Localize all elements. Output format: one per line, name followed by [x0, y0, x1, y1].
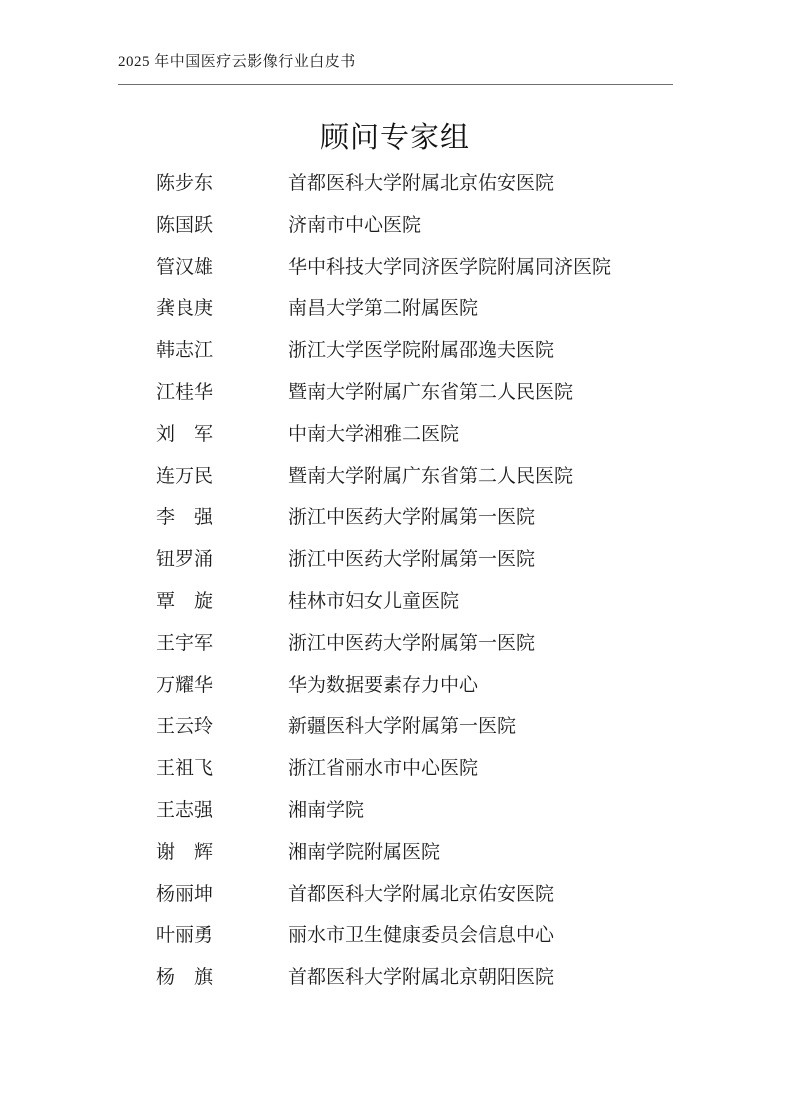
expert-name: 万耀华 [156, 665, 288, 707]
expert-row: 覃 旋 桂林市妇女儿童医院 [0, 581, 790, 623]
expert-row: 陈步东 首都医科大学附属北京佑安医院 [0, 163, 790, 205]
expert-row: 叶丽勇 丽水市卫生健康委员会信息中心 [0, 915, 790, 957]
expert-affiliation: 湘南学院 [288, 790, 364, 832]
expert-affiliation: 首都医科大学附属北京佑安医院 [288, 163, 554, 205]
page-title: 顾问专家组 [0, 118, 790, 158]
expert-name: 李 强 [156, 497, 288, 539]
expert-row: 管汉雄 华中科技大学同济医学院附属同济医院 [0, 247, 790, 289]
expert-affiliation: 湘南学院附属医院 [288, 832, 440, 874]
expert-affiliation: 华中科技大学同济医学院附属同济医院 [288, 247, 611, 289]
expert-name: 王宇军 [156, 623, 288, 665]
expert-affiliation: 浙江中医药大学附属第一医院 [288, 539, 535, 581]
expert-affiliation: 浙江中医药大学附属第一医院 [288, 623, 535, 665]
expert-name: 韩志江 [156, 330, 288, 372]
expert-affiliation: 新疆医科大学附属第一医院 [288, 706, 516, 748]
expert-name: 王志强 [156, 790, 288, 832]
expert-row: 王宇军 浙江中医药大学附属第一医院 [0, 623, 790, 665]
expert-row: 李 强 浙江中医药大学附属第一医院 [0, 497, 790, 539]
expert-name: 钮罗涌 [156, 539, 288, 581]
expert-row: 王云玲 新疆医科大学附属第一医院 [0, 706, 790, 748]
expert-affiliation: 暨南大学附属广东省第二人民医院 [288, 372, 573, 414]
expert-name: 谢 辉 [156, 832, 288, 874]
expert-list: 陈步东 首都医科大学附属北京佑安医院 陈国跃 济南市中心医院 管汉雄 华中科技大… [0, 163, 790, 999]
expert-row: 杨丽坤 首都医科大学附属北京佑安医院 [0, 874, 790, 916]
expert-name: 覃 旋 [156, 581, 288, 623]
expert-name: 王祖飞 [156, 748, 288, 790]
expert-row: 谢 辉 湘南学院附属医院 [0, 832, 790, 874]
expert-affiliation: 南昌大学第二附属医院 [288, 288, 478, 330]
running-header-text: 2025 年中国医疗云影像行业白皮书 [118, 52, 673, 72]
page-header: 2025 年中国医疗云影像行业白皮书 [118, 0, 673, 85]
expert-name: 杨丽坤 [156, 874, 288, 916]
expert-affiliation: 桂林市妇女儿童医院 [288, 581, 459, 623]
expert-row: 陈国跃 济南市中心医院 [0, 205, 790, 247]
expert-row: 连万民 暨南大学附属广东省第二人民医院 [0, 456, 790, 498]
expert-row: 刘 军 中南大学湘雅二医院 [0, 414, 790, 456]
expert-affiliation: 华为数据要素存力中心 [288, 665, 478, 707]
expert-name: 龚良庚 [156, 288, 288, 330]
expert-name: 连万民 [156, 456, 288, 498]
expert-name: 叶丽勇 [156, 915, 288, 957]
expert-affiliation: 中南大学湘雅二医院 [288, 414, 459, 456]
expert-name: 陈国跃 [156, 205, 288, 247]
document-page: 2025 年中国医疗云影像行业白皮书 顾问专家组 陈步东 首都医科大学附属北京佑… [0, 0, 790, 1117]
expert-name: 江桂华 [156, 372, 288, 414]
expert-affiliation: 丽水市卫生健康委员会信息中心 [288, 915, 554, 957]
expert-name: 刘 军 [156, 414, 288, 456]
expert-row: 王祖飞 浙江省丽水市中心医院 [0, 748, 790, 790]
expert-affiliation: 首都医科大学附属北京朝阳医院 [288, 957, 554, 999]
expert-affiliation: 济南市中心医院 [288, 205, 421, 247]
expert-name: 王云玲 [156, 706, 288, 748]
expert-row: 万耀华 华为数据要素存力中心 [0, 665, 790, 707]
expert-affiliation: 暨南大学附属广东省第二人民医院 [288, 456, 573, 498]
expert-name: 管汉雄 [156, 247, 288, 289]
expert-affiliation: 浙江省丽水市中心医院 [288, 748, 478, 790]
expert-row: 杨 旗 首都医科大学附属北京朝阳医院 [0, 957, 790, 999]
expert-affiliation: 浙江中医药大学附属第一医院 [288, 497, 535, 539]
expert-row: 王志强 湘南学院 [0, 790, 790, 832]
expert-row: 韩志江 浙江大学医学院附属邵逸夫医院 [0, 330, 790, 372]
expert-row: 龚良庚 南昌大学第二附属医院 [0, 288, 790, 330]
expert-row: 钮罗涌 浙江中医药大学附属第一医院 [0, 539, 790, 581]
expert-row: 江桂华 暨南大学附属广东省第二人民医院 [0, 372, 790, 414]
expert-name: 陈步东 [156, 163, 288, 205]
expert-affiliation: 浙江大学医学院附属邵逸夫医院 [288, 330, 554, 372]
expert-name: 杨 旗 [156, 957, 288, 999]
expert-affiliation: 首都医科大学附属北京佑安医院 [288, 874, 554, 916]
